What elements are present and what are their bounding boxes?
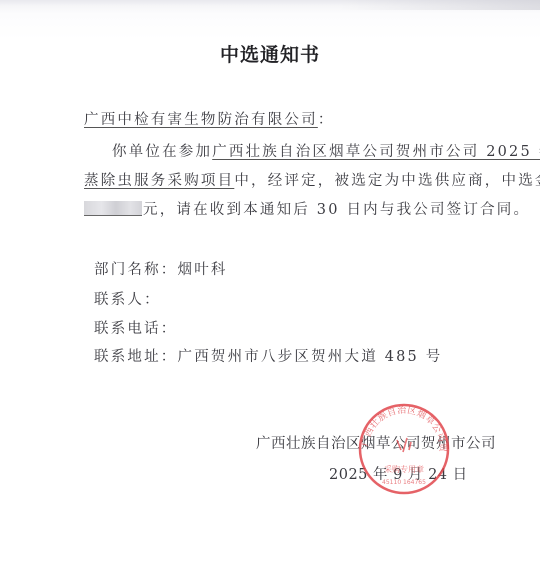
contact-address-label: 联系地址： bbox=[94, 349, 178, 365]
recipient-colon: ： bbox=[318, 112, 335, 128]
department-label: 部门名称： bbox=[94, 262, 178, 278]
contact-phone-label: 联系电话： bbox=[94, 321, 178, 337]
project-name-part2: 蒸除虫服务采购项目 bbox=[84, 173, 234, 189]
page-shadow bbox=[340, 0, 540, 10]
document-page: 中选通知书 广西中检有害生物防治有限公司： 你单位在参加广西壮族自治区烟草公司贺… bbox=[0, 0, 540, 579]
contact-address-row: 联系地址：广西贺州市八步区贺州大道 485 号 bbox=[94, 345, 443, 366]
department-value: 烟叶科 bbox=[178, 262, 228, 278]
department-row: 部门名称：烟叶科 bbox=[94, 258, 228, 279]
contact-person-row: 联系人： bbox=[94, 288, 161, 309]
issue-date: 2025 年 9 月 24 日 bbox=[329, 463, 468, 484]
document-title: 中选通知书 bbox=[0, 40, 540, 67]
body-prefix: 你单位在参加 bbox=[112, 144, 212, 160]
contact-address-value: 广西贺州市八步区贺州大道 485 号 bbox=[178, 349, 443, 365]
issuer-name: 广西壮族自治区烟草公司贺州市公司 bbox=[256, 432, 496, 453]
project-name-part1: 广西壮族自治区烟草公司贺州市公司 2025 年熏 bbox=[212, 144, 540, 160]
contact-person-label: 联系人： bbox=[94, 292, 161, 308]
body-line-2: 蒸除虫服务采购项目中，经评定，被选定为中选供应商，中选金额 bbox=[84, 169, 540, 190]
evaluation-text: 中，经评定，被选定为中选供应商，中选金额 bbox=[234, 173, 540, 189]
recipient-name: 广西中检有害生物防治有限公司 bbox=[84, 112, 318, 128]
contact-phone-row: 联系电话： bbox=[94, 317, 178, 338]
body-line-3: 元，请在收到本通知后 30 日内与我公司签订合同。 bbox=[84, 198, 530, 219]
body-line-1: 你单位在参加广西壮族自治区烟草公司贺州市公司 2025 年熏 bbox=[112, 140, 540, 161]
recipient-line: 广西中检有害生物防治有限公司： bbox=[84, 108, 335, 129]
redacted-amount bbox=[84, 201, 142, 216]
contract-instruction: 元，请在收到本通知后 30 日内与我公司签订合同。 bbox=[143, 202, 530, 218]
